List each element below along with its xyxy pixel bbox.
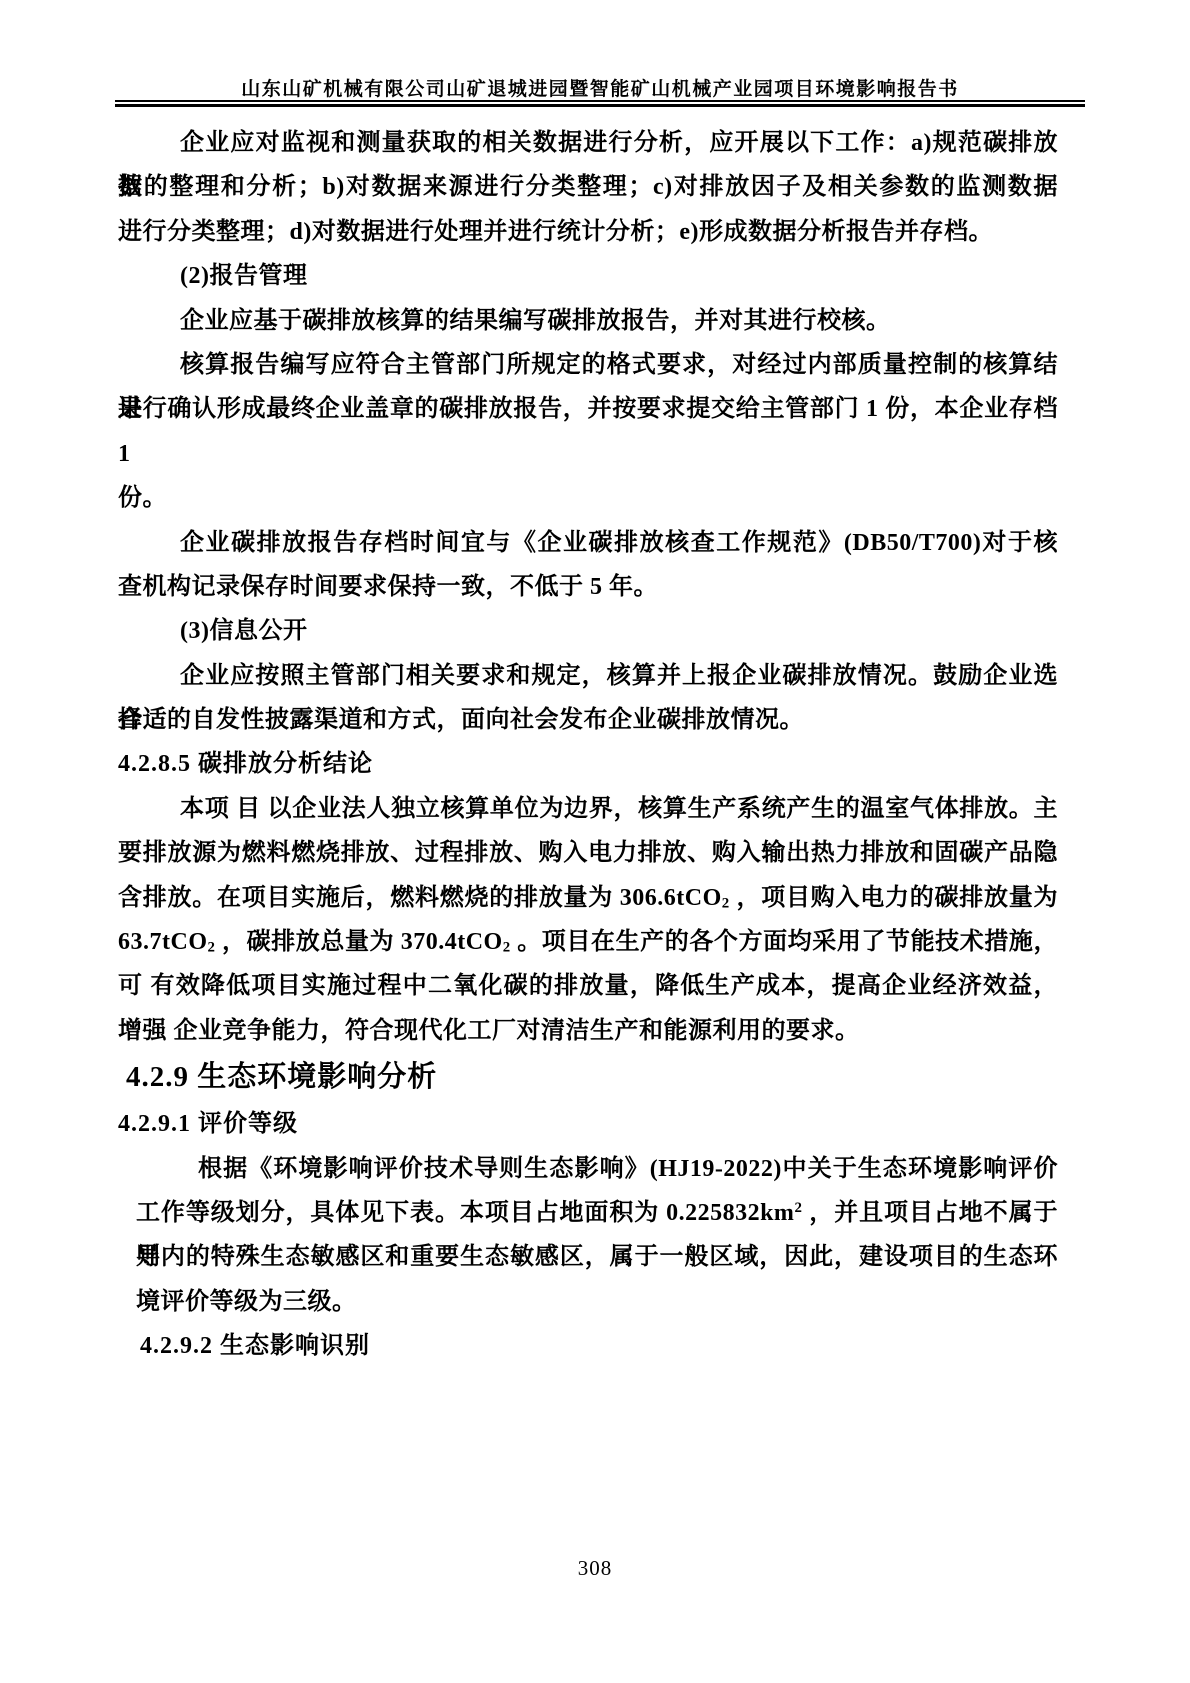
paragraph: 企业碳排放报告存档时间宜与《企业碳排放核查工作规范》(DB50/T700)对于核…	[118, 521, 1058, 610]
text-line: 1	[118, 432, 1058, 476]
text-line: 含排放。在项目实施后，燃料燃烧的排放量为 306.6tCO2 ，项目购入电力的碳…	[118, 876, 1058, 920]
text-line: 进行确认形成最终企业盖章的碳排放报告，并按要求提交给主管部门 1 份，本企业存档	[118, 387, 1058, 431]
text-line: 4.2.8.5 碳排放分析结论	[118, 742, 1058, 786]
text-line: 企业应按照主管部门相关要求和规定，核算并上报企业碳排放情况。鼓励企业选择	[118, 654, 1058, 698]
section-heading: 4.2.9.2 生态影响识别	[140, 1324, 1058, 1368]
paragraph: 企业应对监视和测量获取的相关数据进行分析，应开展以下工作：a)规范碳排放数据的整…	[118, 121, 1058, 254]
text-line: 增强 企业竞争能力，符合现代化工厂对清洁生产和能源利用的要求。	[118, 1009, 1058, 1053]
section-heading: 4.2.9.1 评价等级	[118, 1102, 1058, 1146]
text-line: 份。	[118, 476, 1058, 520]
text-line: 4.2.9.2 生态影响识别	[140, 1324, 1058, 1368]
paragraph: 企业应基于碳排放核算的结果编写碳排放报告，并对其进行校核。	[118, 299, 1058, 343]
text-line: 核算报告编写应符合主管部门所规定的格式要求，对经过内部质量控制的核算结果	[118, 343, 1058, 387]
text-line: 企业应基于碳排放核算的结果编写碳排放报告，并对其进行校核。	[118, 299, 1058, 343]
paragraph: (2)报告管理	[118, 254, 1058, 298]
text-line: (3)信息公开	[118, 609, 1058, 653]
text-line: 根据《环境影响评价技术导则生态影响》(HJ19-2022)中关于生态环境影响评价	[136, 1147, 1058, 1191]
page-number: 308	[0, 1556, 1190, 1581]
paragraph: 企业应按照主管部门相关要求和规定，核算并上报企业碳排放情况。鼓励企业选择合适的自…	[118, 654, 1058, 743]
paragraph: (3)信息公开	[118, 609, 1058, 653]
text-line: 本项 目 以企业法人独立核算单位为边界，核算生产系统产生的温室气体排放。主	[118, 787, 1058, 831]
text-line: 63.7tCO2 ，碳排放总量为 370.4tCO2 。项目在生产的各个方面均采…	[118, 920, 1058, 964]
text-line: 据的整理和分析；b)对数据来源进行分类整理；c)对排放因子及相关参数的监测数据	[118, 165, 1058, 209]
text-line: (2)报告管理	[118, 254, 1058, 298]
paragraph: 本项 目 以企业法人独立核算单位为边界，核算生产系统产生的温室气体排放。主要排放…	[118, 787, 1058, 1053]
text-line: 查机构记录保存时间要求保持一致，不低于 5 年。	[118, 565, 1058, 609]
text-line: 可 有效降低项目实施过程中二氧化碳的排放量，降低生产成本，提高企业经济效益，	[118, 964, 1058, 1008]
text-line: 企业应对监视和测量获取的相关数据进行分析，应开展以下工作：a)规范碳排放数	[118, 121, 1058, 165]
text-line: 则内的特殊生态敏感区和重要生态敏感区，属于一般区域，因此，建设项目的生态环	[136, 1235, 1058, 1279]
text-line: 合适的自发性披露渠道和方式，面向社会发布企业碳排放情况。	[118, 698, 1058, 742]
section-heading: 4.2.8.5 碳排放分析结论	[118, 742, 1058, 786]
document-body: 企业应对监视和测量获取的相关数据进行分析，应开展以下工作：a)规范碳排放数据的整…	[118, 121, 1058, 1369]
header-double-rule	[115, 100, 1085, 107]
text-line: 4.2.9 生态环境影响分析	[126, 1053, 1058, 1102]
text-line: 4.2.9.1 评价等级	[118, 1102, 1058, 1146]
section-heading: 4.2.9 生态环境影响分析	[126, 1053, 1058, 1102]
text-line: 进行分类整理；d)对数据进行处理并进行统计分析；e)形成数据分析报告并存档。	[118, 210, 1058, 254]
text-line: 要排放源为燃料燃烧排放、过程排放、购入电力排放、购入输出热力排放和固碳产品隐	[118, 831, 1058, 875]
text-line: 境评价等级为三级。	[136, 1280, 1058, 1324]
running-header-title: 山东山矿机械有限公司山矿退城进园暨智能矿山机械产业园项目环境影响报告书	[115, 74, 1085, 101]
paragraph: 根据《环境影响评价技术导则生态影响》(HJ19-2022)中关于生态环境影响评价…	[136, 1147, 1058, 1325]
text-line: 企业碳排放报告存档时间宜与《企业碳排放核查工作规范》(DB50/T700)对于核	[118, 521, 1058, 565]
paragraph: 核算报告编写应符合主管部门所规定的格式要求，对经过内部质量控制的核算结果进行确认…	[118, 343, 1058, 521]
text-line: 工作等级划分，具体见下表。本项目占地面积为 0.225832km2 ，并且项目占…	[136, 1191, 1058, 1235]
document-page: 山东山矿机械有限公司山矿退城进园暨智能矿山机械产业园项目环境影响报告书 企业应对…	[0, 0, 1190, 1683]
